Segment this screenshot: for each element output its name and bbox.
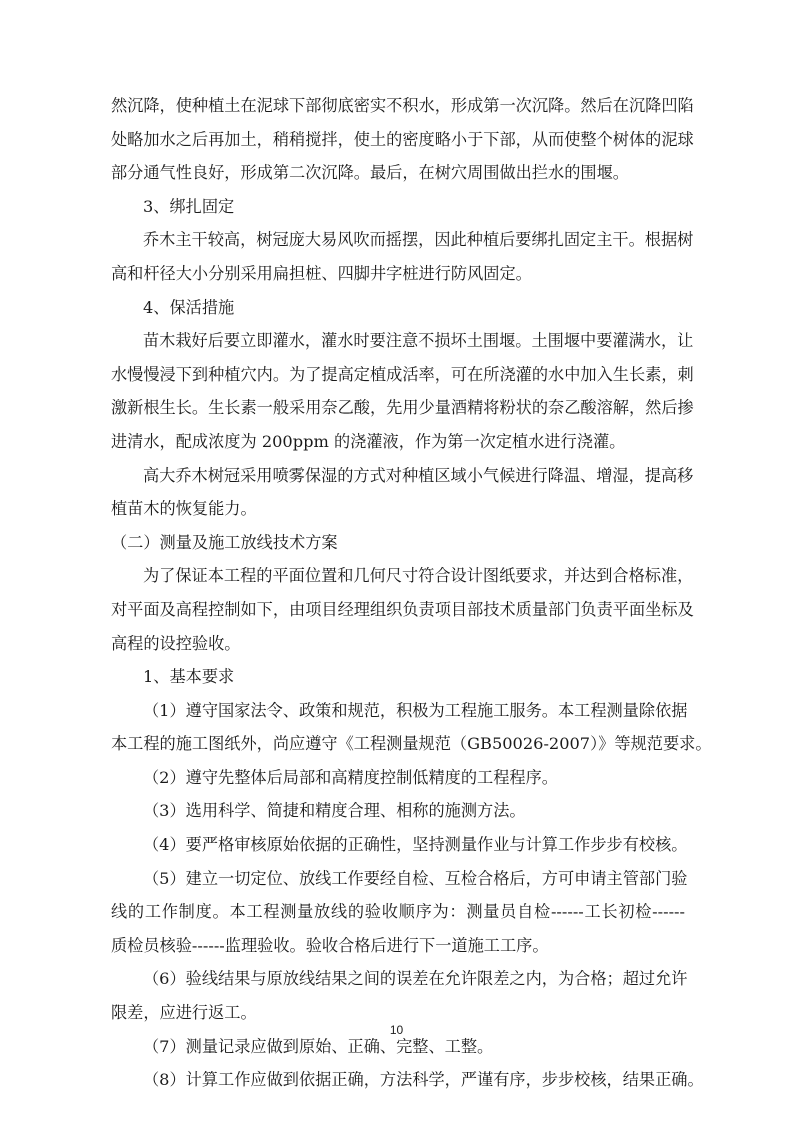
paragraph-line: 乔木主干较高，树冠庞大易风吹而摇摆，因此种植后要绑扎固定主干。根据树 <box>111 223 685 257</box>
subheading-basic-requirements: 1、基本要求 <box>111 660 685 694</box>
paragraph-line: 对平面及高程控制如下，由项目经理组织负责项目部技术质量部门负责平面坐标及 <box>111 593 685 627</box>
paragraph-line: 进清水，配成浓度为 200ppm 的浇灌液，作为第一次定植水进行浇灌。 <box>111 425 685 459</box>
subheading-binding-fixing: 3、绑扎固定 <box>111 190 685 224</box>
list-item-line: 线的工作制度。本工程测量放线的验收顺序为：测量员自检------工长初检----… <box>111 895 685 929</box>
list-item-line: （6）验线结果与原放线结果之间的误差在允许限差之内，为合格；超过允许 <box>111 962 685 996</box>
paragraph-line: 处略加水之后再加土，稍稍搅拌，使土的密度略小于下部，从而使整个树体的泥球 <box>111 123 685 157</box>
list-item-line: 本工程的施工图纸外，尚应遵守《工程测量规范（GB50026-2007）》等规范要… <box>111 727 685 761</box>
list-item-line: 质检员核验------监理验收。验收合格后进行下一道施工工序。 <box>111 929 685 963</box>
paragraph-line: 植苗木的恢复能力。 <box>111 492 685 526</box>
paragraph-line: 苗木栽好后要立即灌水，灌水时要注意不损坏土围堰。土围堰中要灌满水，让 <box>111 324 685 358</box>
section-heading-survey-plan: （二）测量及施工放线技术方案 <box>111 526 685 560</box>
page-number: 10 <box>0 1023 793 1037</box>
list-item-line: （8）计算工作应做到依据正确，方法科学，严谨有序，步步校核，结果正确。 <box>111 1063 685 1097</box>
subheading-survival-measures: 4、保活措施 <box>111 291 685 325</box>
paragraph-line: 然沉降，使种植土在泥球下部彻底密实不积水，形成第一次沉降。然后在沉降凹陷 <box>111 89 685 123</box>
paragraph-line: 水慢慢浸下到种植穴内。为了提高定植成活率，可在所浇灌的水中加入生长素，刺 <box>111 358 685 392</box>
document-body: 然沉降，使种植土在泥球下部彻底密实不积水，形成第一次沉降。然后在沉降凹陷 处略加… <box>111 89 685 1097</box>
paragraph-line: 高大乔木树冠采用喷雾保湿的方式对种植区域小气候进行降温、增湿，提高移 <box>111 459 685 493</box>
paragraph-line: 高程的设控验收。 <box>111 627 685 661</box>
paragraph-line: 高和杆径大小分别采用扁担桩、四脚井字桩进行防风固定。 <box>111 257 685 291</box>
paragraph-line: 激新根生长。生长素一般采用奈乙酸，先用少量酒精将粉状的奈乙酸溶解，然后掺 <box>111 391 685 425</box>
list-item-line: （3）选用科学、简捷和精度合理、相称的施测方法。 <box>111 794 685 828</box>
list-item-line: （2）遵守先整体后局部和高精度控制低精度的工程程序。 <box>111 761 685 795</box>
list-item-line: （1）遵守国家法令、政策和规范，积极为工程施工服务。本工程测量除依据 <box>111 694 685 728</box>
paragraph-line: 为了保证本工程的平面位置和几何尺寸符合设计图纸要求，并达到合格标准， <box>111 559 685 593</box>
paragraph-line: 部分通气性良好，形成第二次沉降。最后，在树穴周围做出拦水的围堰。 <box>111 156 685 190</box>
list-item-line: （5）建立一切定位、放线工作要经自检、互检合格后，方可申请主管部门验 <box>111 862 685 896</box>
list-item-line: （4）要严格审核原始依据的正确性，坚持测量作业与计算工作步步有校核。 <box>111 828 685 862</box>
